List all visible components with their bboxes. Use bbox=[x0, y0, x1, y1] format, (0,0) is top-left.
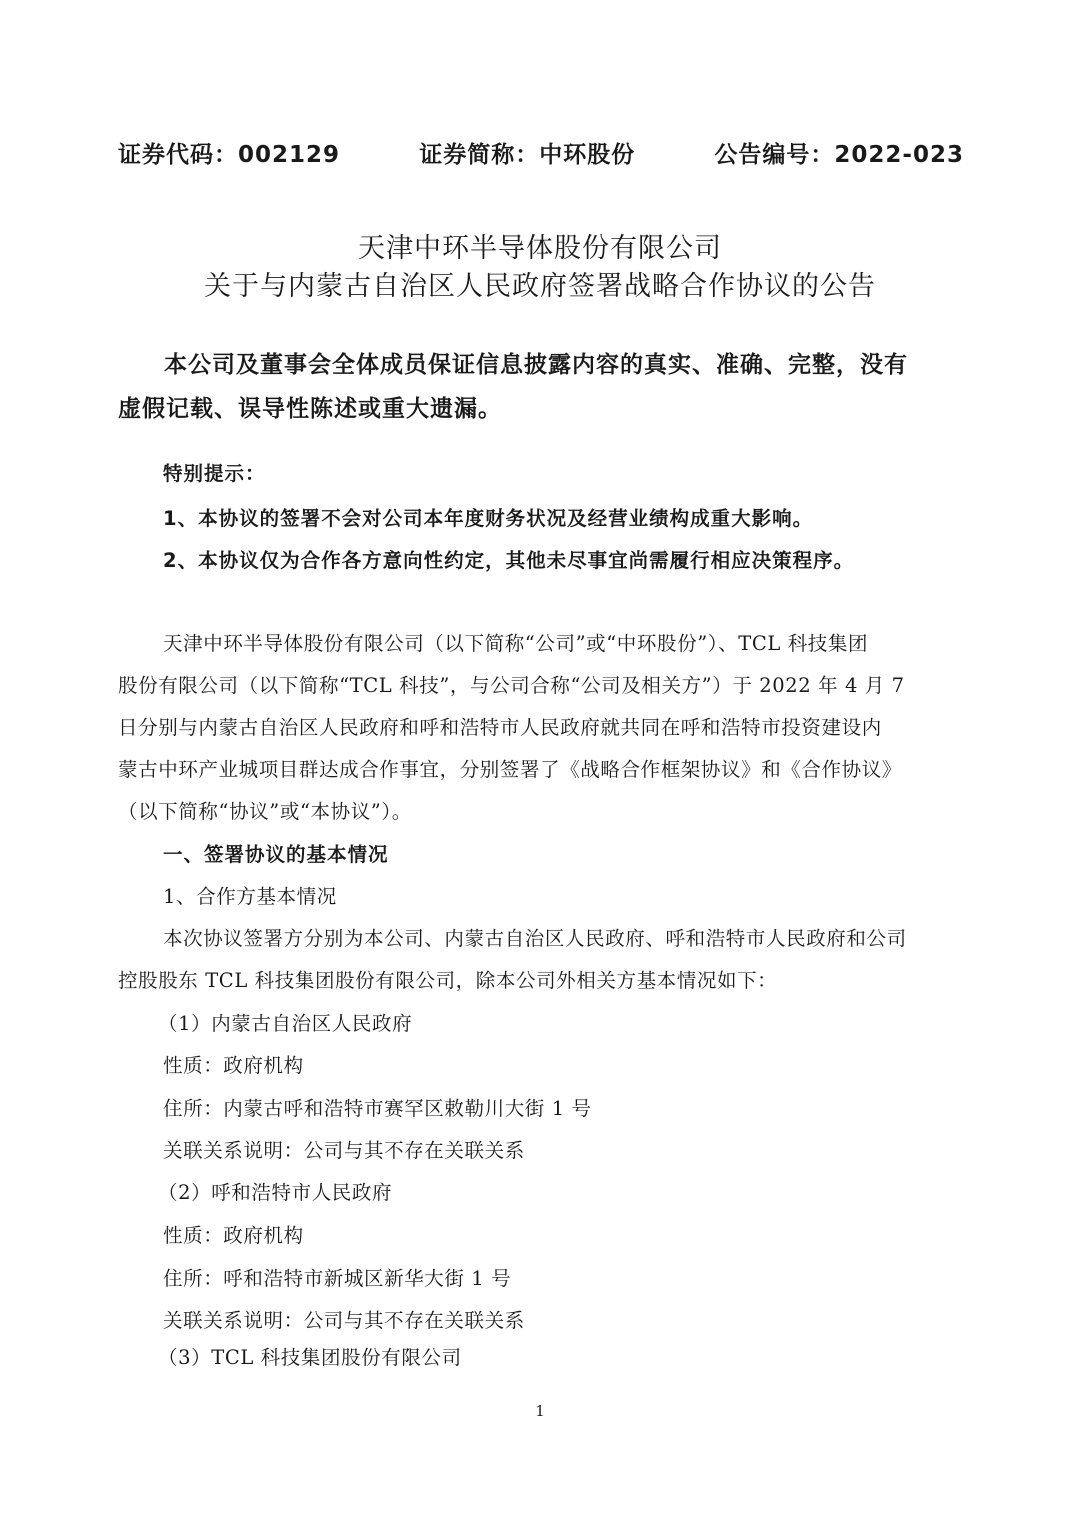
party-2-address: 住所：呼和浩特市新城区新华大街 1 号 bbox=[163, 1263, 1009, 1291]
special-notice-heading: 特别提示： bbox=[163, 458, 266, 486]
party-1-name: （1）内蒙古自治区人民政府 bbox=[158, 1008, 1004, 1036]
announcement-header: 证券代码：002129 证券简称：中环股份 公告编号：2022-023 bbox=[118, 136, 964, 176]
section-1-desc-line-1: 本次协议签署方分别为本公司、内蒙古自治区人民政府、呼和浩特市人民政府和公司 bbox=[163, 923, 1009, 951]
notice-number: 公告编号：2022-023 bbox=[714, 136, 964, 176]
intro-line-3: 日分别与内蒙古自治区人民政府和呼和浩特市人民政府就共同在呼和浩特市投资建设内 bbox=[118, 712, 964, 740]
party-1-nature: 性质：政府机构 bbox=[163, 1050, 1009, 1078]
party-2-name: （2）呼和浩特市人民政府 bbox=[158, 1177, 1004, 1205]
intro-line-5: （以下简称“协议”或“本协议”）。 bbox=[118, 796, 964, 824]
page-number: 1 bbox=[0, 1402, 1080, 1420]
party-2-nature: 性质：政府机构 bbox=[163, 1220, 1009, 1248]
party-1-relation: 关联关系说明：公司与其不存在关联关系 bbox=[163, 1135, 1009, 1163]
board-statement: 本公司及董事会全体成员保证信息披露内容的真实、准确、完整，没有 虚假记载、误导性… bbox=[118, 343, 964, 431]
party-2-relation: 关联关系说明：公司与其不存在关联关系 bbox=[163, 1305, 1009, 1333]
party-3-name: （3）TCL 科技集团股份有限公司 bbox=[158, 1342, 1004, 1370]
company-title: 天津中环半导体股份有限公司 bbox=[0, 226, 1080, 265]
party-1-address: 住所：内蒙古呼和浩特市赛罕区敕勒川大街 1 号 bbox=[163, 1093, 1009, 1121]
intro-line-1: 天津中环半导体股份有限公司（以下简称“公司”或“中环股份”）、TCL 科技集团 bbox=[163, 628, 1009, 656]
stock-name: 证券简称：中环股份 bbox=[419, 136, 635, 176]
document-page: 证券代码：002129 证券简称：中环股份 公告编号：2022-023 天津中环… bbox=[0, 0, 1080, 1527]
section-1-sub-heading: 1、合作方基本情况 bbox=[163, 881, 1009, 909]
statement-line-1: 本公司及董事会全体成员保证信息披露内容的真实、准确、完整，没有 bbox=[164, 352, 908, 378]
intro-line-4: 蒙古中环产业城项目群达成合作事宜，分别签署了《战略合作框架协议》和《合作协议》 bbox=[118, 754, 964, 782]
section-1-heading: 一、签署协议的基本情况 bbox=[163, 839, 389, 867]
statement-line-2: 虚假记载、误导性陈述或重大遗漏。 bbox=[72, 387, 502, 431]
special-notice-item-2: 2、本协议仅为合作各方意向性约定，其他未尽事宜尚需履行相应决策程序。 bbox=[163, 545, 854, 573]
intro-line-2: 股份有限公司（以下简称“TCL 科技”，与公司合称“公司及相关方”）于 2022… bbox=[118, 670, 964, 698]
section-1-desc-line-2: 控股股东 TCL 科技集团股份有限公司，除本公司外相关方基本情况如下： bbox=[118, 965, 964, 993]
announcement-title: 关于与内蒙古自治区人民政府签署战略合作协议的公告 bbox=[0, 264, 1080, 303]
special-notice-item-1: 1、本协议的签署不会对公司本年度财务状况及经营业绩构成重大影响。 bbox=[163, 503, 813, 531]
stock-code: 证券代码：002129 bbox=[118, 136, 340, 176]
